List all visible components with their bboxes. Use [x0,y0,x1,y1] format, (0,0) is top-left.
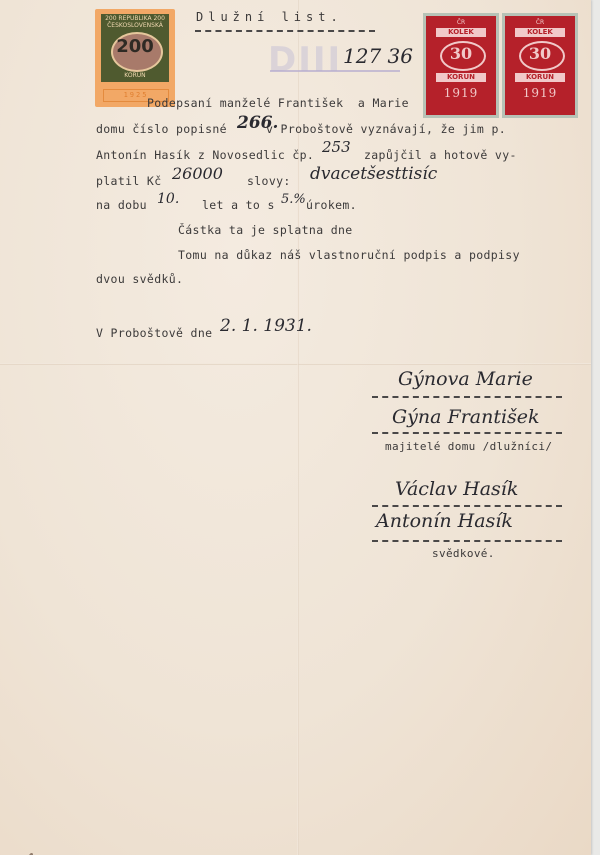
body-line-5-suffix: úrokem. [306,198,357,212]
body-line-6: Částka ta je splatna dne [178,223,353,237]
body-line-1: Podepsaní manželé František a Marie [147,96,409,110]
revenue-stamp-30-b: ČR KOLEK 30 KORUN 1919 [502,13,578,118]
faded-rubber-stamp: DIII [268,40,342,80]
signing-date: 2. 1. 1931. [220,316,312,336]
witness-signature-2: Antonín Hasík [376,510,513,532]
stamp-value: 200 [101,36,169,57]
title-underline [195,30,375,32]
body-line-8: dvou svědků. [96,272,183,286]
signature-line [372,432,562,434]
loan-term-years: 10. [157,191,179,207]
body-line-4-prefix: platil Kč [96,174,161,188]
witness-signature-1: Václav Hasík [395,478,518,500]
body-line-4-mid: slovy: [247,174,291,188]
debtors-label: majitelé domu /dlužníci/ [385,440,552,453]
document-paper: DIII 200 REPUBLIKA 200 ČESKOSLOVENSKÁ 20… [0,0,591,855]
revenue-stamp-30-a: ČR KOLEK 30 KORUN 1919 [423,13,499,118]
stamp-year: 1919 [505,86,575,100]
amount-in-words: dvacetšesttisíc [310,164,437,184]
rubber-stamp-line [270,70,400,72]
debtor-signature-2: Gýna František [392,406,540,428]
signature-line [372,540,562,542]
place-prefix: V Proboštově dne [96,326,212,340]
horizontal-fold [0,363,591,365]
loan-amount: 26000 [172,164,223,183]
body-line-2-prefix: domu číslo popisné [96,122,227,136]
body-line-3-prefix: Antonín Hasík z Novosedlic čp. [96,148,314,162]
stamp-value: 30 [426,44,496,63]
signature-line [372,396,562,398]
lender-house-number: 253 [322,138,351,156]
registry-number: 127 36 [343,44,413,68]
stamp-value: 30 [505,44,575,63]
stamp-header: 200 REPUBLIKA 200 ČESKOSLOVENSKÁ [101,15,169,29]
body-line-5-prefix: na dobu [96,198,147,212]
stamp-year: 1919 [426,86,496,100]
signature-line [372,505,562,507]
witnesses-label: svědkové. [432,547,495,560]
document-title: Dlužní list. [196,10,343,24]
stamp-currency: KORUN [101,72,169,79]
body-line-7: Tomu na důkaz náš vlastnoruční podpis a … [178,248,520,262]
debtor-signature-1: Gýnova Marie [398,368,533,390]
revenue-stamp-200: 200 REPUBLIKA 200 ČESKOSLOVENSKÁ 200 KOR… [95,9,175,107]
body-line-5-mid: let a to s [202,198,275,212]
interest-rate: 5.% [281,192,306,207]
body-line-3-suffix: zapůjčil a hotově vy- [364,148,517,162]
body-line-2-suffix: v Proboštově vyznávají, že jim p. [266,122,506,136]
